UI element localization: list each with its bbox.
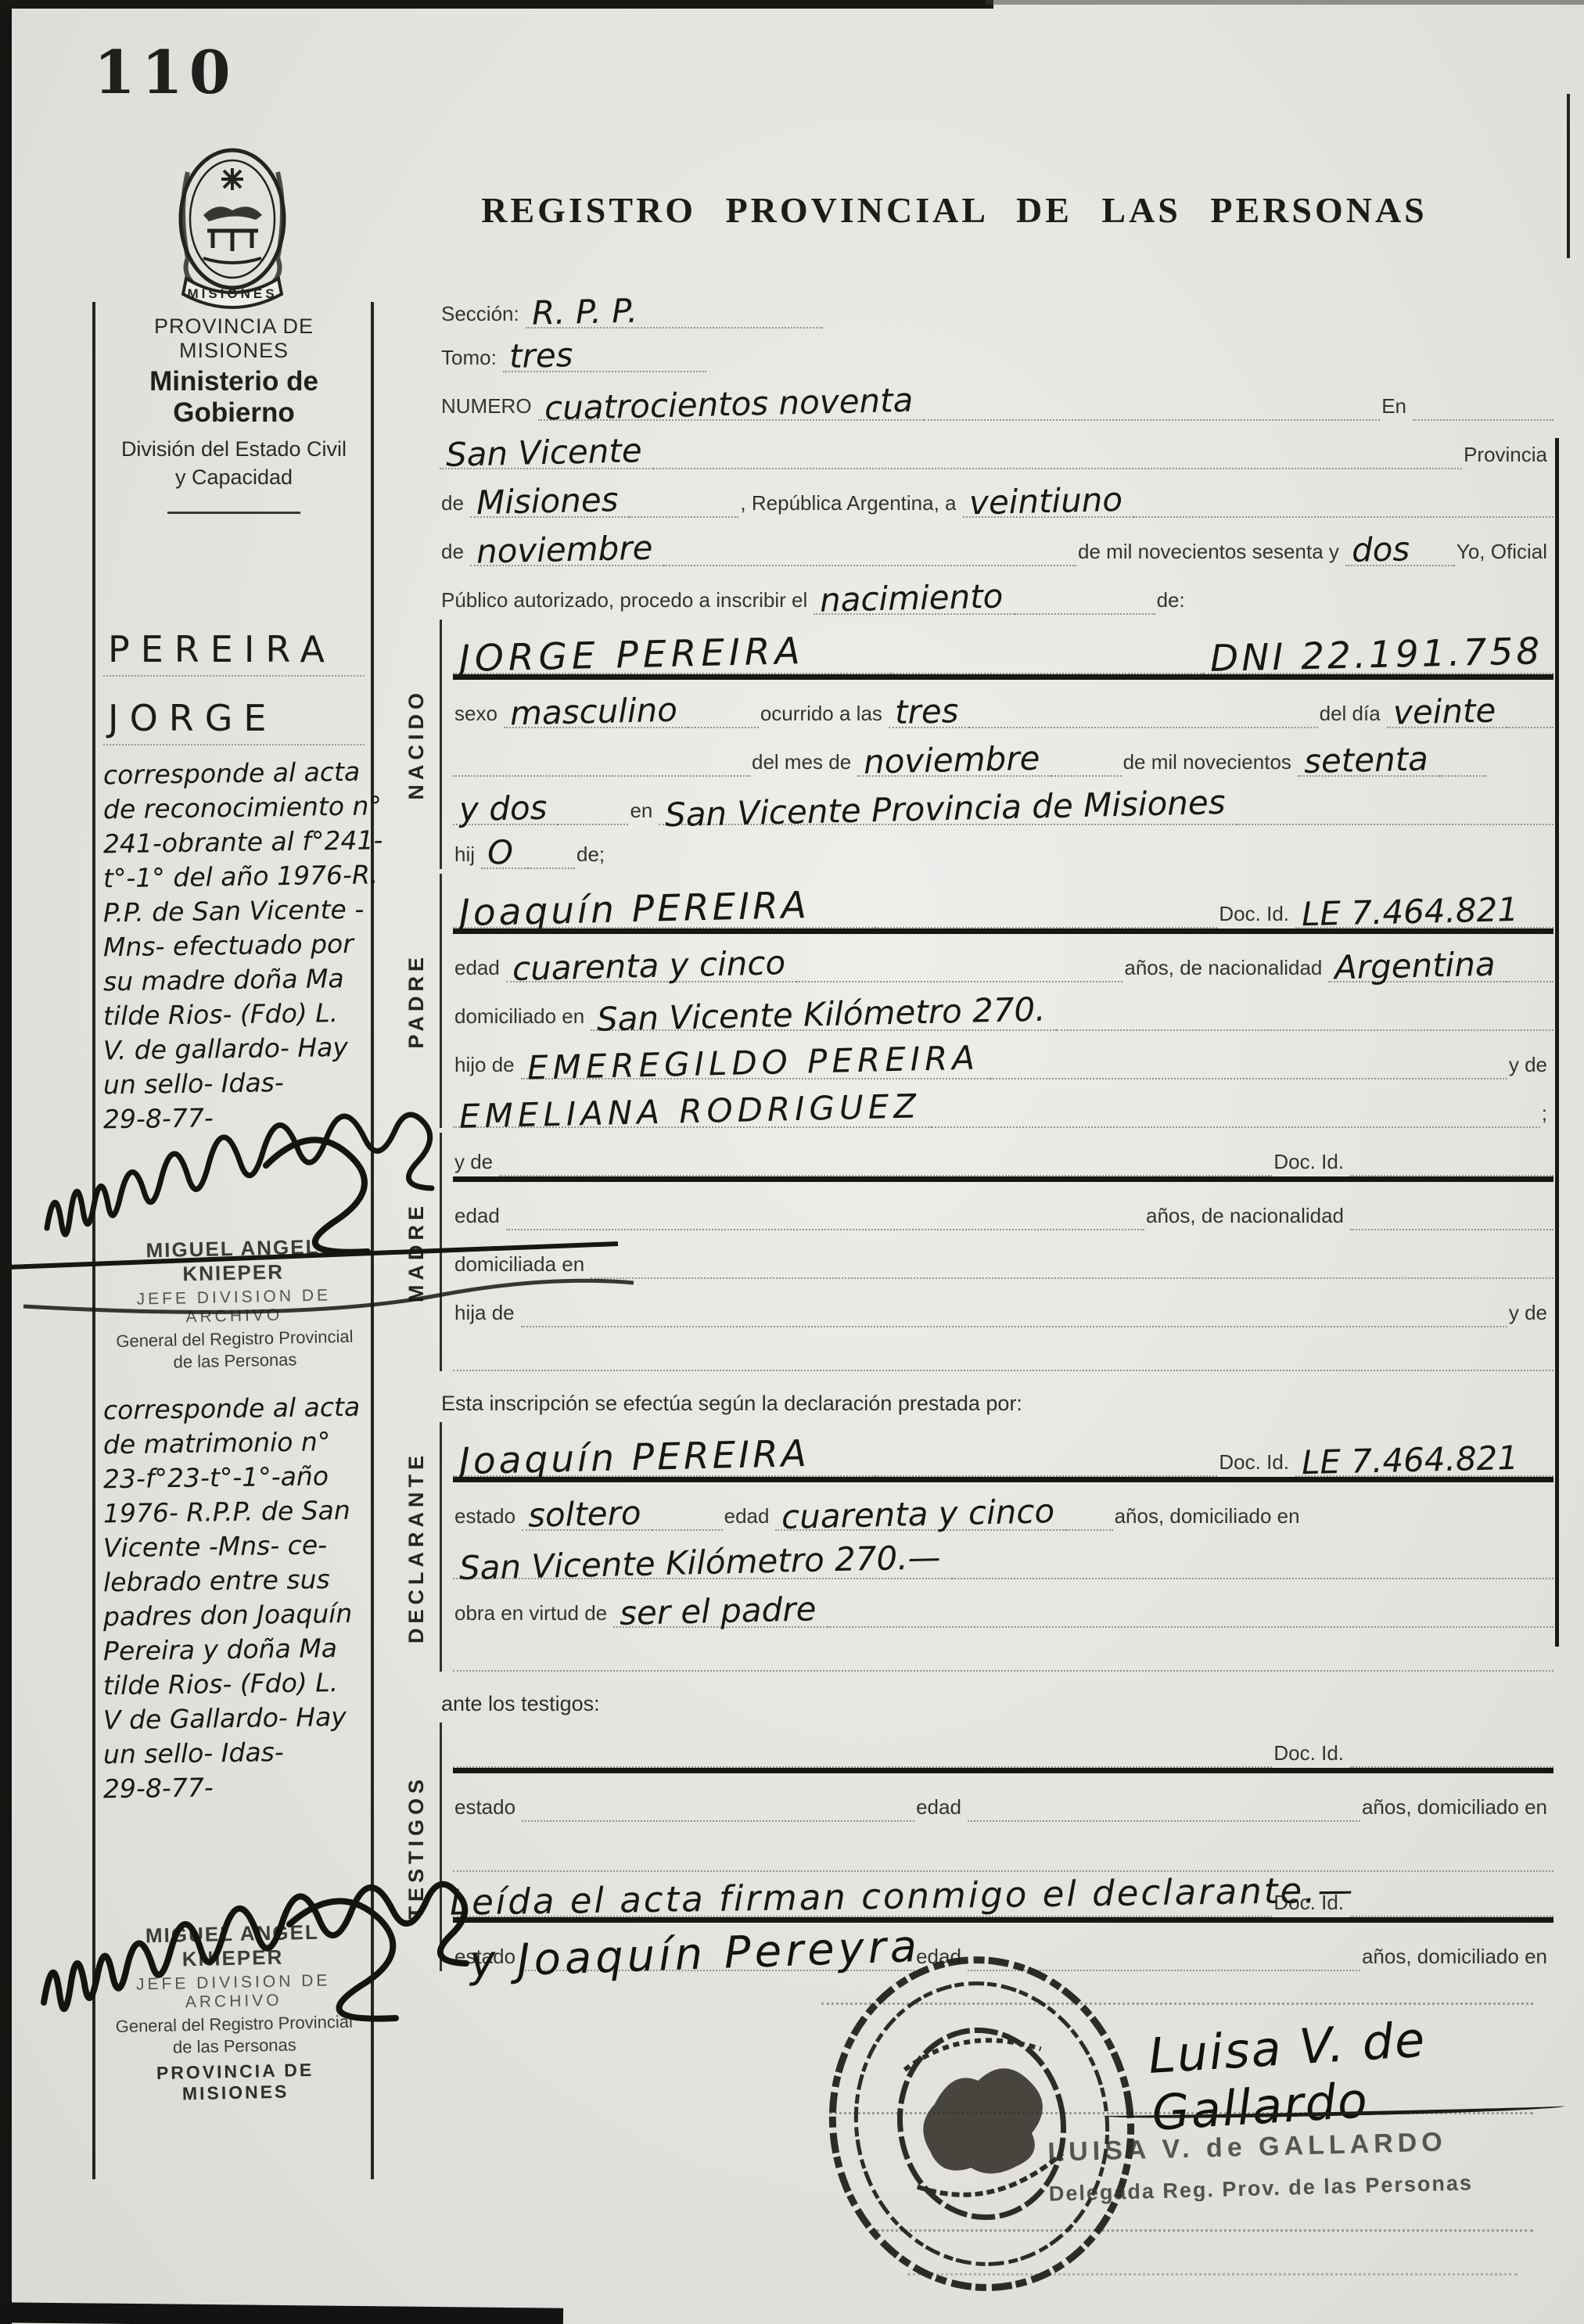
given-name-handwritten: JORGE <box>103 677 365 745</box>
padre-domicilio-label: domiciliado en <box>453 1004 591 1031</box>
madre-blank-row <box>453 1327 1553 1371</box>
gallardo-stamp-name: LUISA V. de GALLARDO <box>1047 2124 1564 2168</box>
padre-abuela-row: EMELIANA RODRIGUEZ ; <box>453 1079 1553 1128</box>
scan-edge-bottom <box>0 2302 563 2324</box>
padre-domicilio-row: domiciliado en San Vicente Kilómetro 270… <box>453 982 1553 1031</box>
hijo-row: hij O de; <box>453 825 1553 869</box>
gallardo-stamp: LUISA V. de GALLARDO Delegada Reg. Prov.… <box>1047 2124 1565 2206</box>
madre-domicilio-row: domiciliada en <box>453 1230 1553 1279</box>
hour-value-handwritten: tres <box>888 691 970 731</box>
testigos-vertical-label: TESTIGOS <box>398 1722 434 1971</box>
registration-form: Sección: R. P. P. Tomo: tres NUMERO cuat… <box>440 288 1553 1971</box>
padre-name-handwritten: Joaquín PEREIRA <box>452 884 821 936</box>
scan-edge-left <box>0 0 12 2324</box>
testigo1-doc-row: Doc. Id. <box>453 1722 1553 1773</box>
lugar-row: y dos en San Vicente Provincia de Mision… <box>453 777 1553 825</box>
day-value-handwritten: veintiuno <box>962 480 1133 523</box>
archive-chief-stamp-2: MIGUEL ANGEL KNIEPER JEFE DIVISION DE AR… <box>102 1920 367 2107</box>
province-row: de Misiones , República Argentina, a vei… <box>440 469 1553 518</box>
ruled-line-ghost <box>907 2273 1518 2276</box>
place-row: San Vicente Provincia <box>440 421 1553 469</box>
republica-label: , República Argentina, a <box>738 491 962 518</box>
sidebar-rule <box>167 512 300 514</box>
seccion-label: Sección: <box>440 302 526 329</box>
registered-name-block: PEREIRA JORGE <box>103 608 365 745</box>
yo-oficial-label: Yo, Oficial <box>1455 540 1553 566</box>
scan-mark-right <box>1567 94 1570 258</box>
en-lugar-label: en <box>628 799 659 825</box>
declarante-edad-handwritten: cuarenta y cinco <box>775 1492 1066 1536</box>
declarante-blank-row <box>453 1628 1553 1672</box>
declarante-estado-row: estado soltero edad cuarenta y cinco año… <box>453 1482 1553 1531</box>
declarante-edad-label: edad <box>723 1504 776 1531</box>
madre-y-de-label: y de <box>453 1150 499 1176</box>
padre-doc-label: Doc. Id. <box>1217 902 1295 929</box>
de2-label: de: <box>1155 588 1191 615</box>
sexo-label: sexo <box>453 702 504 728</box>
nacido-vertical-label: NACIDO <box>398 620 434 869</box>
testigo1-estado-label: estado <box>453 1795 522 1822</box>
testigo1-blank-row <box>453 1822 1553 1872</box>
month-value-handwritten: noviembre <box>469 528 663 571</box>
en-label: En <box>1380 394 1413 421</box>
ante-testigos-label: ante los testigos: <box>440 1678 1553 1718</box>
de-label: de <box>440 491 470 518</box>
marginal-note-1: corresponde al acta de reconocimiento n°… <box>103 756 365 1135</box>
sidebar-division: División del Estado Civil y Capacidad <box>103 435 365 491</box>
padre-edad-label: edad <box>453 956 506 982</box>
year2-handwritten: y dos <box>452 788 559 828</box>
numero-label: NUMERO <box>440 394 538 421</box>
madre-hija-row: hija de y de <box>453 1279 1553 1327</box>
ruled-line-ghost <box>876 2229 1533 2232</box>
tomo-label: Tomo: <box>440 346 503 372</box>
ruled-line-ghost <box>821 2003 1533 2005</box>
testigo1-doc-label: Doc. Id. <box>1272 1741 1350 1768</box>
provincia-label: Provincia <box>1462 443 1553 469</box>
hijo-de-label: de; <box>575 842 611 869</box>
svg-text:MISIONES: MISIONES <box>187 286 277 301</box>
child-dni-handwritten: DNI 22.191.758 <box>1203 630 1553 681</box>
seccion-value-handwritten: R. P. P. <box>525 291 648 332</box>
section-madre: MADRE y de Doc. Id. edad años, de nacion… <box>440 1133 1553 1371</box>
madre-hija-de-label: hija de <box>453 1301 521 1327</box>
del-mes-label: del mes de <box>750 750 857 777</box>
year-value-handwritten: dos <box>1345 530 1421 569</box>
madre-y-de-2-label: y de <box>1507 1301 1553 1327</box>
round-registry-stamp <box>814 1940 1150 2308</box>
de-label-2: de <box>440 540 470 566</box>
hij-label: hij <box>453 842 481 869</box>
scanned-birth-record-page: { "page": { "number": "110", "title": "R… <box>0 0 1584 2324</box>
madre-doc-label: Doc. Id. <box>1272 1150 1350 1176</box>
marginal-note-2: corresponde al acta de matrimonio n° 23-… <box>103 1392 365 1805</box>
sidebar-column: PROVINCIA DE MISIONES Ministerio de Gobi… <box>92 302 374 2179</box>
madre-edad-label: edad <box>453 1204 506 1230</box>
padre-name-row: Joaquín PEREIRA Doc. Id. LE 7.464.821 <box>453 874 1553 934</box>
testigo1-estado-row: estado edad años, domiciliado en <box>453 1773 1553 1822</box>
padre-edad-handwritten: cuarenta y cinco <box>505 943 796 988</box>
madre-vertical-label: MADRE <box>398 1133 434 1371</box>
madre-nacionalidad-label: años, de nacionalidad <box>1144 1204 1350 1230</box>
testigo1-edad-label: edad <box>914 1795 968 1822</box>
month-row: de noviembre de mil novecientos sesenta … <box>440 518 1553 566</box>
declarante-doc-handwritten: LE 7.464.821 <box>1295 1439 1529 1482</box>
madre-edad-row: edad años, de nacionalidad <box>453 1182 1553 1230</box>
declarante-doc-label: Doc. Id. <box>1217 1450 1295 1477</box>
madre-yde-row: y de Doc. Id. <box>453 1133 1553 1182</box>
sexo-value-handwritten: masculino <box>503 690 688 732</box>
de-mil-label: de mil novecientos <box>1122 750 1298 777</box>
declaracion-statement: Esta inscripción se efectúa según la dec… <box>440 1378 1553 1417</box>
province-value-handwritten: Misiones <box>469 480 630 523</box>
padre-y-de-label: y de <box>1507 1053 1553 1079</box>
seccion-row: Sección: R. P. P. <box>440 288 1553 329</box>
gallardo-stamp-title: Delegada Reg. Prov. de las Personas <box>1048 2168 1565 2206</box>
declarante-estado-handwritten: soltero <box>522 1493 653 1535</box>
padre-nacionalidad-handwritten: Argentina <box>1328 944 1507 986</box>
scan-edge-top <box>0 0 993 9</box>
form-right-border <box>1555 438 1559 1647</box>
tomo-value-handwritten: tres <box>502 336 584 375</box>
misiones-coat-of-arms-icon: MISIONES <box>164 141 301 317</box>
declarante-estado-label: estado <box>453 1504 522 1531</box>
nacido-name-row: JORGE PEREIRA DNI 22.191.758 <box>453 620 1553 680</box>
place-value-handwritten: San Vicente <box>439 431 653 474</box>
padre-vertical-label: PADRE <box>398 874 434 1128</box>
ocurrido-label: ocurrido a las <box>759 702 889 728</box>
tomo-row: Tomo: tres <box>440 329 1553 372</box>
sexo-row: sexo masculino ocurrido a las tres del d… <box>453 680 1553 728</box>
publico-label: Público autorizado, procedo a inscribir … <box>440 588 814 615</box>
hijo-o-handwritten: O <box>480 832 524 871</box>
event-value-handwritten: nacimiento <box>814 577 1015 620</box>
declarante-name-row: Joaquín PEREIRA Doc. Id. LE 7.464.821 <box>453 1422 1553 1482</box>
year-label: de mil novecientos sesenta y <box>1076 540 1345 566</box>
padre-doc-handwritten: LE 7.464.821 <box>1295 890 1529 934</box>
mes-value-handwritten: noviembre <box>857 738 1051 781</box>
padre-hijo-de-label: hijo de <box>453 1053 521 1079</box>
scan-edge-top-faint <box>986 0 1584 5</box>
sidebar-province: PROVINCIA DE MISIONES <box>103 314 365 363</box>
obra-label: obra en virtud de <box>453 1601 613 1628</box>
declarante-obra-row: obra en virtud de ser el padre <box>453 1579 1553 1628</box>
section-nacido: NACIDO JORGE PEREIRA DNI 22.191.758 sexo… <box>440 620 1553 869</box>
archive-chief-stamp-1: MIGUEL ANGEL KNIEPER JEFE DIVISION DE AR… <box>102 1234 366 1374</box>
section-padre: PADRE Joaquín PEREIRA Doc. Id. LE 7.464.… <box>440 874 1553 1128</box>
child-name-handwritten: JORGE PEREIRA <box>452 630 816 681</box>
day-number-handwritten: veinte <box>1386 691 1507 731</box>
surname-handwritten: PEREIRA <box>103 608 365 677</box>
declarante-name-handwritten: Joaquín PEREIRA <box>452 1432 821 1484</box>
declarante-vertical-label: DECLARANTE <box>398 1422 434 1672</box>
testigo2-edad-label: edad <box>914 1945 968 1971</box>
testigo1-domiciliado-label: años, domiciliado en <box>1360 1795 1553 1822</box>
padre-nacionalidad-label: años, de nacionalidad <box>1122 956 1328 982</box>
public-row: Público autorizado, procedo a inscribir … <box>440 566 1553 615</box>
page-number: 110 <box>94 38 237 107</box>
gallardo-signature-handwritten: Luisa V. de Gallardo <box>1147 2001 1584 2142</box>
abuela-handwritten: EMELIANA RODRIGUEZ <box>453 1087 932 1136</box>
section-declarante: DECLARANTE Joaquín PEREIRA Doc. Id. LE 7… <box>440 1422 1553 1672</box>
numero-row: NUMERO cuatrocientos noventa En <box>440 372 1553 421</box>
padre-fin-label: ; <box>1540 1101 1553 1128</box>
sidebar-ministry: Ministerio de Gobierno <box>103 366 365 429</box>
obra-value-handwritten: ser el padre <box>613 1589 828 1633</box>
madre-domicilio-label: domiciliada en <box>453 1252 591 1279</box>
nacido-year-handwritten: setenta <box>1297 739 1439 781</box>
padre-edad-row: edad cuarenta y cinco años, de nacionali… <box>453 934 1553 982</box>
page-title: REGISTRO PROVINCIAL DE LAS PERSONAS <box>407 189 1502 231</box>
padre-hijo-row: hijo de EMEREGILDO PEREIRA y de <box>453 1031 1553 1079</box>
testigo2-domiciliado-label: años, domiciliado en <box>1360 1945 1553 1971</box>
declarante-domiciliado-label: años, domiciliado en <box>1113 1504 1306 1531</box>
mes-row: del mes de noviembre de mil novecientos … <box>453 728 1553 777</box>
declarante-domicilio-row: San Vicente Kilómetro 270.— <box>453 1531 1553 1579</box>
del-dia-label: del día <box>1318 702 1387 728</box>
